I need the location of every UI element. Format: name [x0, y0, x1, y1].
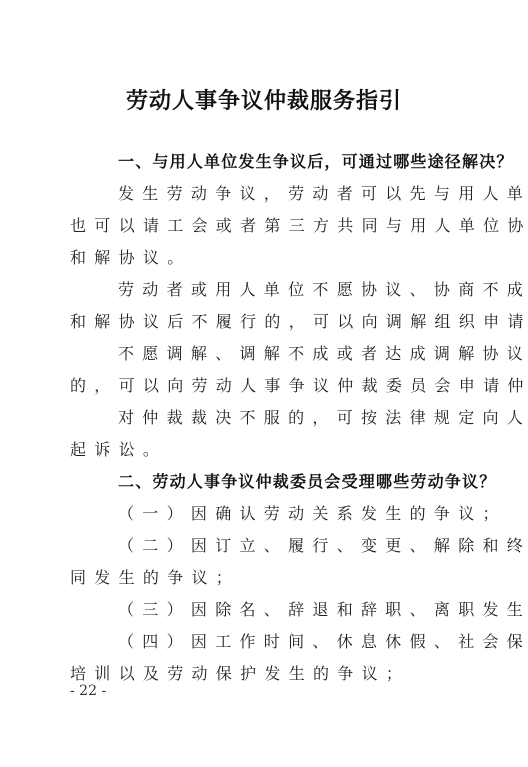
paragraph-line: 发生劳动争议，劳动者可以先与用人单位协商， [70, 178, 462, 210]
list-item-continuation: 培训以及劳动保护发生的争议； [70, 658, 462, 690]
paragraph-line: 对仲裁裁决不服的，可按法律规定向人民法院提 [70, 402, 462, 434]
paragraph-line: 和解协议后不履行的，可以向调解组织申请调解。 [70, 306, 462, 338]
list-item: （三）因除名、辞退和辞职、离职发生的争议； [70, 594, 462, 626]
paragraph-line: 也可以请工会或者第三方共同与用人单位协商，达成 [70, 210, 462, 242]
paragraph-line: 劳动者或用人单位不愿协议、协商不成或者达成 [70, 274, 462, 306]
section-heading-1: 一、与用人单位发生争议后，可通过哪些途径解决？ [70, 146, 462, 178]
paragraph-line: 和解协议。 [70, 242, 462, 274]
paragraph-line: 起诉讼。 [70, 434, 462, 466]
section-heading-2: 二、劳动人事争议仲裁委员会受理哪些劳动争议？ [70, 466, 462, 498]
list-item: （二）因订立、履行、变更、解除和终止劳动合 [70, 530, 462, 562]
list-item: （一）因确认劳动关系发生的争议； [70, 498, 462, 530]
list-item: （四）因工作时间、休息休假、社会保险、福利、 [70, 626, 462, 658]
list-item-continuation: 同发生的争议； [70, 562, 462, 594]
paragraph-line: 不愿调解、调解不成或者达成调解协议后不履行 [70, 338, 462, 370]
document-body: 一、与用人单位发生争议后，可通过哪些途径解决？ 发生劳动争议，劳动者可以先与用人… [70, 146, 462, 690]
paragraph-line: 的，可以向劳动人事争议仲裁委员会申请仲裁。 [70, 370, 462, 402]
page-number: - 22 - [70, 683, 106, 699]
document-title: 劳动人事争议仲裁服务指引 [0, 84, 528, 115]
document-page: 劳动人事争议仲裁服务指引 一、与用人单位发生争议后，可通过哪些途径解决？ 发生劳… [0, 0, 528, 767]
